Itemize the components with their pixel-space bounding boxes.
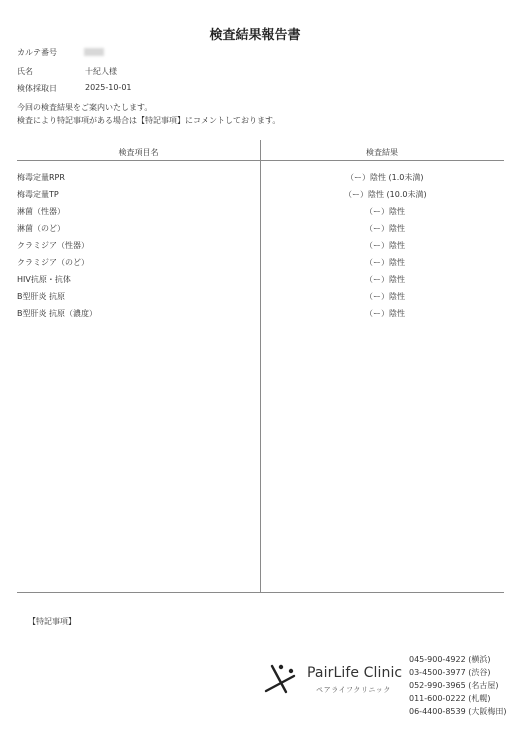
table-row-name: クラミジア（性器） bbox=[17, 240, 89, 251]
table-row-name: 梅毒定量RPR bbox=[17, 172, 65, 183]
patient-name-label: 氏名 bbox=[17, 66, 33, 77]
table-bottom-border bbox=[17, 592, 504, 593]
intro-line-2: 検査により特記事項がある場合は【特記事項】にコメントしております。 bbox=[17, 114, 280, 127]
table-row-result: （ー）陰性 bbox=[365, 274, 405, 285]
table-row-name: B型肝炎 抗原（濃度） bbox=[17, 308, 97, 319]
table-row-name: HIV抗原・抗体 bbox=[17, 274, 71, 285]
table-row-result: （ー）陰性 bbox=[365, 223, 405, 234]
sample-date-label: 検体採取日 bbox=[17, 83, 57, 94]
table-column-divider bbox=[260, 140, 261, 592]
special-notes-label: 【特記事項】 bbox=[28, 616, 76, 627]
phone-yokohama: 045-900-4922 (横浜) bbox=[409, 654, 490, 665]
table-row-result: （ー）陰性 bbox=[365, 257, 405, 268]
sample-date-value: 2025-10-01 bbox=[85, 83, 132, 92]
clinic-name: PairLife Clinic bbox=[307, 665, 402, 681]
phone-nagoya: 052-990-3965 (名古屋) bbox=[409, 680, 498, 691]
table-row-name: 淋菌（のど） bbox=[17, 223, 65, 234]
chart-number-label: カルテ番号 bbox=[17, 47, 57, 58]
table-row-name: B型肝炎 抗原 bbox=[17, 291, 65, 302]
phone-shibuya: 03-4500-3977 (渋谷) bbox=[409, 667, 490, 678]
table-row-result: （ー）陰性 bbox=[365, 206, 405, 217]
header-test-name: 検査項目名 bbox=[17, 147, 260, 158]
intro-line-1: 今回の検査結果をご案内いたします。 bbox=[17, 101, 152, 114]
chart-number-redacted bbox=[84, 48, 104, 56]
table-row-name: クラミジア（のど） bbox=[17, 257, 89, 268]
table-row-result: （ー）陰性 (10.0未満) bbox=[344, 189, 427, 200]
phone-osaka-umeda: 06-4400-8539 (大阪梅田) bbox=[409, 706, 506, 717]
clinic-name-kana: ペアライフクリニック bbox=[316, 685, 391, 695]
person-leaping-icon bbox=[264, 661, 300, 695]
patient-name-value: 十紀人様 bbox=[85, 66, 117, 77]
phone-sapporo: 011-600-0222 (札幌) bbox=[409, 693, 490, 704]
table-row-result: （ー）陰性 bbox=[365, 240, 405, 251]
table-row-result: （ー）陰性 bbox=[365, 291, 405, 302]
table-row-result: （ー）陰性 bbox=[365, 308, 405, 319]
header-test-result: 検査結果 bbox=[261, 147, 503, 158]
table-row-name: 梅毒定量TP bbox=[17, 189, 59, 200]
table-row-name: 淋菌（性器） bbox=[17, 206, 65, 217]
table-row-result: （ー）陰性 (1.0未満) bbox=[346, 172, 424, 183]
document-title: 検査結果報告書 bbox=[0, 24, 510, 43]
